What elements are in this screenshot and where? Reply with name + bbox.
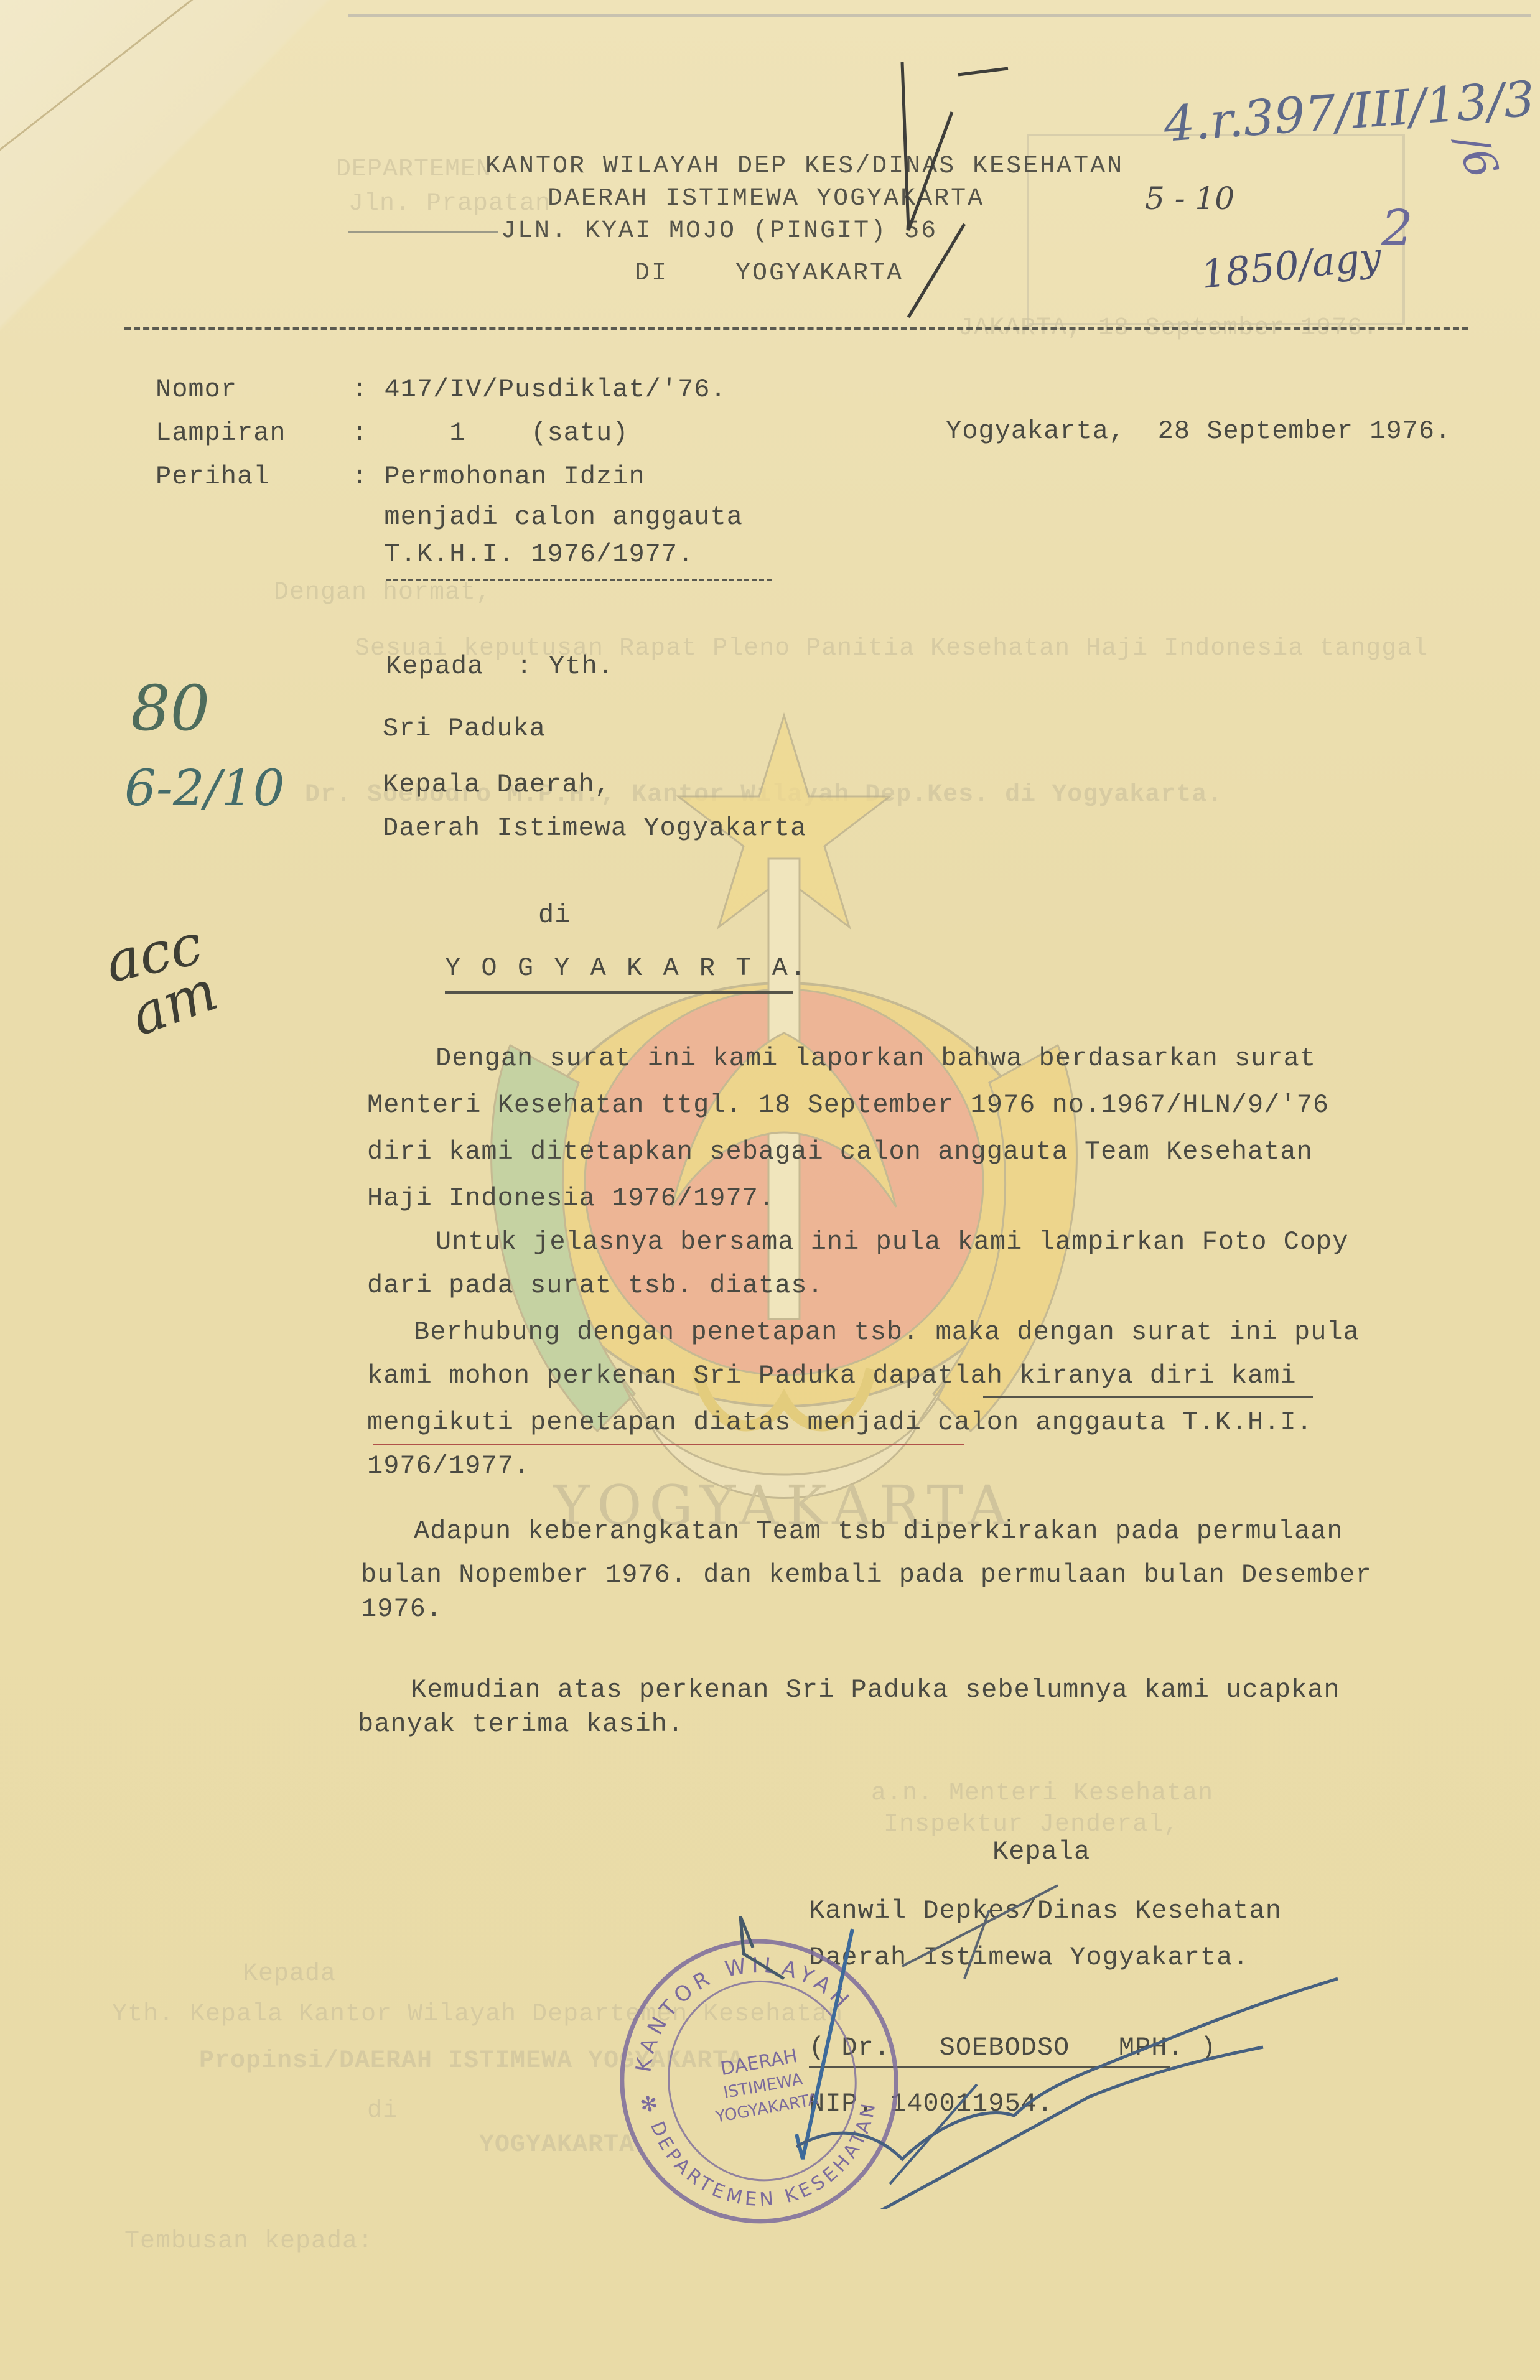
nomor-value: : 417/IV/Pusdiklat/'76. <box>352 376 727 403</box>
body-p3-underline-2 <box>373 1444 964 1445</box>
perihal-value-2: menjadi calon anggauta <box>352 504 743 530</box>
official-stamp-icon: KANTOR WILAYAH DEPARTEMEN KESEHATAN DAER… <box>607 1929 912 2234</box>
body-p1-line-2: Menteri Kesehatan ttgl. 18 September 197… <box>367 1092 1329 1118</box>
body-p1-line-4: Haji Indonesia 1976/1977. <box>367 1185 775 1211</box>
body-p4-line-1: Adapun keberangkatan Team tsb diperkirak… <box>414 1518 1343 1544</box>
body-p3-line-3: mengikuti penetapan diatas menjadi calon… <box>367 1409 1313 1435</box>
signature-office-1: Kanwil Depkes/Dinas Kesehatan <box>809 1898 1282 1924</box>
recipient-line-3: Daerah Istimewa Yogyakarta <box>383 815 806 841</box>
folded-corner <box>0 0 373 348</box>
ghost-to: Kepada <box>243 1960 336 1988</box>
recipient-kepada: Kepada : Yth. <box>386 653 614 679</box>
body-p5-line-2: banyak terima kasih. <box>358 1711 684 1737</box>
body-p3-line-1: Berhubung dengan penetapan tsb. maka den… <box>414 1319 1360 1345</box>
perihal-value-3: T.K.H.I. 1976/1977. <box>352 541 694 567</box>
body-p1-line-3: diri kami ditetapkan sebagai calon angga… <box>367 1139 1313 1165</box>
body-p3-underline-1 <box>983 1396 1313 1398</box>
perihal-value-1: : Permohonan Idzin <box>352 464 645 490</box>
top-edge-shadow <box>348 14 1531 17</box>
body-p4-line-3: 1976. <box>361 1596 442 1622</box>
handwritten-received-date: 5 - 10 <box>1145 180 1234 217</box>
body-p5-line-1: Kemudian atas perkenan Sri Paduka sebelu… <box>411 1677 1340 1703</box>
ghost-address: Jln. Prapatan <box>348 190 551 218</box>
handwritten-initial: 2 <box>1381 199 1413 257</box>
handwritten-margin-date: 6-2/10 <box>124 759 285 817</box>
recipient-line-2: Kepala Daerah, <box>383 772 611 798</box>
perihal-label: Perihal <box>156 464 269 490</box>
body-p2-line-2: dari pada surat tsb. diatas. <box>367 1272 824 1299</box>
ghost-signer-1: a.n. Menteri Kesehatan <box>871 1780 1213 1808</box>
recipient-line-1: Sri Paduka <box>383 716 546 742</box>
body-p2-line-1: Untuk jelasnya bersama ini pula kami lam… <box>436 1229 1348 1255</box>
signature-title: Kepala <box>992 1839 1090 1865</box>
recipient-city: Y O G Y A K A R T A. <box>445 955 808 981</box>
body-p3-line-2: kami mohon perkenan Sri Paduka dapatlah … <box>367 1363 1297 1389</box>
ghost-dept: DEPARTEMEN <box>336 156 492 184</box>
recipient-city-underline <box>445 991 793 994</box>
letterhead-divider <box>124 327 1468 330</box>
lampiran-label: Lampiran <box>156 420 286 446</box>
lampiran-value: : 1 (satu) <box>352 420 628 446</box>
body-p1-line-1: Dengan surat ini kami laporkan bahwa ber… <box>436 1045 1316 1071</box>
nomor-label: Nomor <box>156 376 237 403</box>
handwritten-disposition-mark-icon <box>859 56 1045 330</box>
recipient-di: di <box>538 902 571 928</box>
perihal-divider <box>386 579 772 581</box>
body-p3-line-4: 1976/1977. <box>367 1453 530 1479</box>
ghost-di: di <box>367 2097 398 2125</box>
svg-text:✻: ✻ <box>638 2091 660 2118</box>
ghost-dear: Dengan hormat, <box>274 579 492 607</box>
handwritten-margin-number: 80 <box>131 672 210 745</box>
ghost-signer-2: Inspektur Jenderal, <box>884 1811 1179 1839</box>
place-date: Yogyakarta, 28 September 1976. <box>946 418 1451 444</box>
body-p4-line-2: bulan Nopember 1976. dan kembali pada pe… <box>361 1562 1372 1588</box>
ghost-cc: Tembusan kepada: <box>124 2228 373 2256</box>
letterhead-rule-ghost <box>348 231 498 233</box>
